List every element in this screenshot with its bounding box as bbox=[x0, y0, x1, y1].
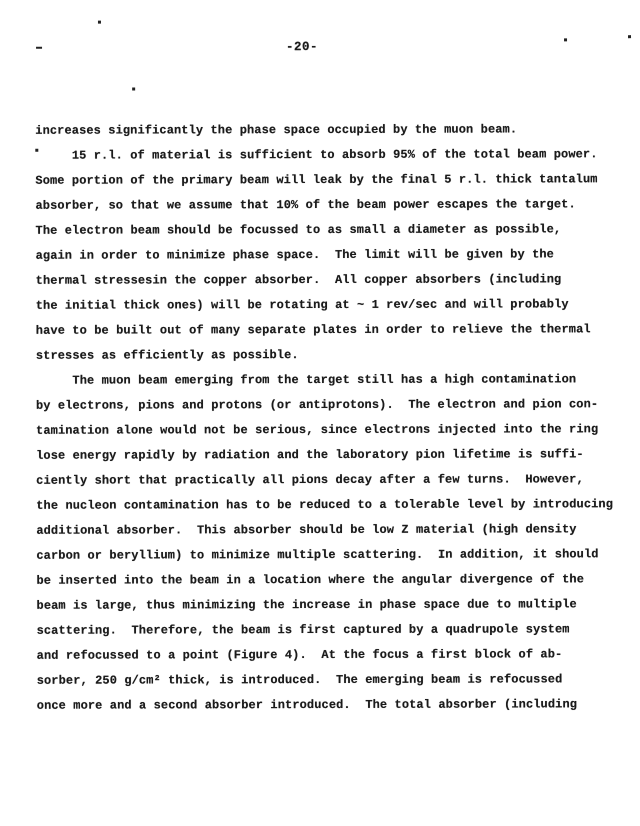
text-line: and refocussed to a point (Figure 4). At… bbox=[37, 642, 627, 669]
ink-speck bbox=[36, 47, 42, 49]
ink-speck bbox=[132, 87, 135, 90]
text-line: have to be built out of many separate pl… bbox=[36, 317, 626, 344]
text-line: scattering. Therefore, the beam is first… bbox=[37, 617, 627, 644]
scan-content: -20- increases significantly the phase s… bbox=[0, 0, 640, 826]
text-line: 15 r.l. of material is sufficient to abs… bbox=[35, 142, 625, 169]
text-line: be inserted into the beam in a location … bbox=[36, 567, 626, 594]
text-line: Some portion of the primary beam will le… bbox=[35, 167, 625, 194]
text-line: stresses as efficiently as possible. bbox=[36, 342, 626, 369]
text-line: absorber, so that we assume that 10% of … bbox=[35, 192, 625, 219]
document-lines: increases significantly the phase space … bbox=[35, 117, 627, 719]
text-line: by electrons, pions and protons (or anti… bbox=[36, 392, 626, 419]
ink-speck bbox=[98, 21, 101, 24]
text-line: additional absorber. This absorber shoul… bbox=[36, 517, 626, 544]
scanned-document-page: -20- increases significantly the phase s… bbox=[0, 0, 640, 826]
text-line: beam is large, thus minimizing the incre… bbox=[36, 592, 626, 619]
text-line: carbon or beryllium) to minimize multipl… bbox=[36, 542, 626, 569]
text-line: lose energy rapidly by radiation and the… bbox=[36, 442, 626, 469]
text-line: again in order to minimize phase space. … bbox=[36, 242, 626, 269]
text-line: tamination alone would not be serious, s… bbox=[36, 417, 626, 444]
page-number: -20- bbox=[0, 39, 622, 55]
ink-speck bbox=[564, 38, 567, 41]
text-line: thermal stressesin the copper absorber. … bbox=[36, 267, 626, 294]
text-line: once more and a second absorber introduc… bbox=[37, 692, 627, 719]
text-line: the nucleon contamination has to be redu… bbox=[36, 492, 626, 519]
text-line: sorber, 250 g/cm² thick, is introduced. … bbox=[37, 667, 627, 694]
text-line: The electron beam should be focussed to … bbox=[35, 217, 625, 244]
text-line: the initial thick ones) will be rotating… bbox=[36, 292, 626, 319]
text-line: increases significantly the phase space … bbox=[35, 117, 625, 144]
text-line: ciently short that practically all pions… bbox=[36, 467, 626, 494]
ink-speck bbox=[628, 35, 631, 38]
text-line: The muon beam emerging from the target s… bbox=[36, 367, 626, 394]
ink-speck bbox=[35, 149, 38, 152]
